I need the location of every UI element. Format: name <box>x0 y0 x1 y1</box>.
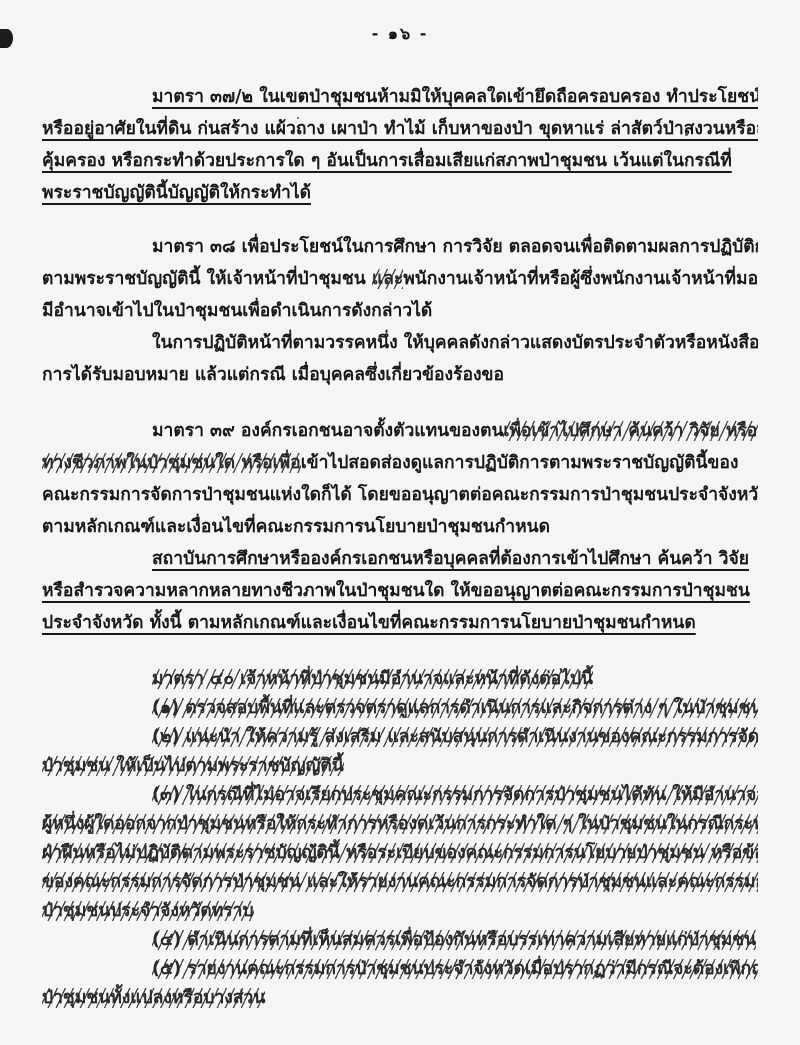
struck-text: ป่าชุมชนประจำจังหวัดทราบ <box>42 901 254 921</box>
text-segment: มีอำนาจเข้าไปในป่าชุมชนเพื่อดำเนินการดัง… <box>42 301 432 321</box>
section-matra-40-struck: มาตรา ๔๐ เจ้าหน้าที่ป่าชุมชนมีอำนาจและหน… <box>42 665 758 1013</box>
scan-speck <box>727 585 730 589</box>
struck-text: ป่าชุมชนทั้งแปลงหรือบางส่วน <box>42 988 265 1008</box>
text-segment: พนักงานเจ้าหน้าที่หรือผู้ซึ่งพนักงานเจ้า… <box>403 269 758 289</box>
text-segment: มาตรา ๓๙ องค์กรเอกชนอาจตั้งตัวแทนของตน <box>152 421 503 441</box>
struck-text: เพื่อเข้าไปศึกษา ค้นคว้า วิจัย หรือสำรวจ <box>503 421 758 441</box>
text-line: มาตรา ๔๐ เจ้าหน้าที่ป่าชุมชนมีอำนาจและหน… <box>42 665 758 694</box>
text-line: ในการปฏิบัติหน้าที่ตามวรรคหนึ่ง ให้บุคคล… <box>42 327 758 359</box>
struck-text: (๔) ดำเนินการตามที่เห็นสมควรเพื่อป้องกัน… <box>152 930 756 950</box>
underlined-text: มาตรา ๓๗/๒ ในเขตป่าชุมชนห้ามมิให้บุคคลใด… <box>152 87 758 107</box>
underlined-text: หรืออยู่อาศัยในที่ดิน ก่นสร้าง แผ้วถาง เ… <box>42 119 758 139</box>
text-segment: เข้าไปสอดส่องดูแลการปฏิบัติการตามพระราชบ… <box>301 453 739 473</box>
underlined-text: ประจำจังหวัด ทั้งนี้ ตามหลักเกณฑ์และเงื่… <box>42 613 696 633</box>
document-body: มาตรา ๓๗/๒ ในเขตป่าชุมชนห้ามมิให้บุคคลใด… <box>0 81 800 1013</box>
text-line: ตามหลักเกณฑ์และเงื่อนไขที่คณะกรรมการนโยบ… <box>42 511 758 543</box>
section-matra-39: มาตรา ๓๙ องค์กรเอกชนอาจตั้งตัวแทนของตนเพ… <box>42 415 758 543</box>
text-line: มาตรา ๓๙ องค์กรเอกชนอาจตั้งตัวแทนของตนเพ… <box>42 415 758 447</box>
text-line: มีอำนาจเข้าไปในป่าชุมชนเพื่อดำเนินการดัง… <box>42 295 758 327</box>
scan-speck <box>297 117 299 119</box>
struck-text: ฝ่าฝืนหรือไม่ปฏิบัติตามพระราชบัญญัตินี้ … <box>42 843 758 863</box>
text-line: (๕) รายงานคณะกรรมการป่าชุมชนประจำจังหวัด… <box>42 955 758 984</box>
underlined-text: คุ้มครอง หรือกระทำด้วยประการใด ๆ อันเป็น… <box>42 151 732 171</box>
struck-text: ผู้หนึ่งผู้ใดออกจากป่าชุมชนหรือให้กระทำก… <box>42 814 758 834</box>
text-line: ตามพระราชบัญญัตินี้ ให้เจ้าหน้าที่ป่าชุม… <box>42 263 758 295</box>
text-line: ประจำจังหวัด ทั้งนี้ ตามหลักเกณฑ์และเงื่… <box>42 607 758 639</box>
text-line: (๓) ในกรณีที่ไม่อาจเรียกประชุมคณะกรรมการ… <box>42 781 758 810</box>
text-line: (๒) แนะนำ ให้ความรู้ ส่งเสริม และสนับสนุ… <box>42 723 758 752</box>
struck-text: ทางชีวภาพในป่าชุมชนใด หรือเพื่อ <box>42 453 301 473</box>
text-line: หรืออยู่อาศัยในที่ดิน ก่นสร้าง แผ้วถาง เ… <box>42 113 758 145</box>
struck-text: (๑) ตรวจสอบพื้นที่และตรวจตราดูแลการดำเนิ… <box>152 698 758 718</box>
struck-text: (๒) แนะนำ ให้ความรู้ ส่งเสริม และสนับสนุ… <box>152 727 758 747</box>
text-line: การได้รับมอบหมาย แล้วแต่กรณี เมื่อบุคคลซ… <box>42 359 758 391</box>
text-line: ป่าชุมชนประจำจังหวัดทราบ <box>42 897 758 926</box>
struck-text: (๕) รายงานคณะกรรมการป่าชุมชนประจำจังหวัด… <box>152 959 758 979</box>
section-matra-37-2: มาตรา ๓๗/๒ ในเขตป่าชุมชนห้ามมิให้บุคคลใด… <box>42 81 758 209</box>
text-segment: ตามพระราชบัญญัตินี้ ให้เจ้าหน้าที่ป่าชุม… <box>42 269 372 289</box>
text-segment: คณะกรรมการจัดการป่าชุมชนแห่งใดก็ได้ โดยข… <box>42 485 758 505</box>
text-line: พระราชบัญญัตินี้บัญญัติให้กระทำได้ <box>42 177 758 209</box>
text-line: หรือสำรวจความหลากหลายทางชีวภาพในป่าชุมชน… <box>42 575 758 607</box>
text-line: (๔) ดำเนินการตามที่เห็นสมควรเพื่อป้องกัน… <box>42 926 758 955</box>
text-line: คณะกรรมการจัดการป่าชุมชนแห่งใดก็ได้ โดยข… <box>42 479 758 511</box>
scanned-document-page: - ๑๖ - มาตรา ๓๗/๒ ในเขตป่าชุมชนห้ามมิให้… <box>0 0 800 1045</box>
section-matra-39-vara-2: สถาบันการศึกษาหรือองค์กรเอกชนหรือบุคคลที… <box>42 543 758 639</box>
underlined-text: หรือสำรวจความหลากหลายทางชีวภาพในป่าชุมชน… <box>42 581 750 601</box>
struck-text: มาตรา ๔๐ เจ้าหน้าที่ป่าชุมชนมีอำนาจและหน… <box>152 669 593 689</box>
struck-text: ของคณะกรรมการจัดการป่าชุมชน และให้รายงาน… <box>42 872 758 892</box>
page-number: - ๑๖ - <box>0 0 800 47</box>
text-line: ทางชีวภาพในป่าชุมชนใด หรือเพื่อเข้าไปสอด… <box>42 447 758 479</box>
text-line: ป่าชุมชนทั้งแปลงหรือบางส่วน <box>42 984 758 1013</box>
struck-text: และ <box>372 269 403 289</box>
text-segment: ตามหลักเกณฑ์และเงื่อนไขที่คณะกรรมการนโยบ… <box>42 517 550 537</box>
text-segment: ในการปฏิบัติหน้าที่ตามวรรคหนึ่ง ให้บุคคล… <box>152 333 758 353</box>
scan-speck <box>685 133 688 136</box>
text-line: ของคณะกรรมการจัดการป่าชุมชน และให้รายงาน… <box>42 868 758 897</box>
text-line: มาตรา ๓๗/๒ ในเขตป่าชุมชนห้ามมิให้บุคคลใด… <box>42 81 758 113</box>
text-line: ฝ่าฝืนหรือไม่ปฏิบัติตามพระราชบัญญัตินี้ … <box>42 839 758 868</box>
text-segment: มาตรา ๓๘ เพื่อประโยชน์ในการศึกษา การวิจั… <box>152 237 758 257</box>
text-line: มาตรา ๓๘ เพื่อประโยชน์ในการศึกษา การวิจั… <box>42 231 758 263</box>
underlined-text: พระราชบัญญัตินี้บัญญัติให้กระทำได้ <box>42 183 311 203</box>
section-matra-38: มาตรา ๓๘ เพื่อประโยชน์ในการศึกษา การวิจั… <box>42 231 758 327</box>
underlined-text: สถาบันการศึกษาหรือองค์กรเอกชนหรือบุคคลที… <box>152 549 749 569</box>
text-line: ผู้หนึ่งผู้ใดออกจากป่าชุมชนหรือให้กระทำก… <box>42 810 758 839</box>
section-matra-38-vara-2: ในการปฏิบัติหน้าที่ตามวรรคหนึ่ง ให้บุคคล… <box>42 327 758 391</box>
text-line: ป่าชุมชน ให้เป็นไปตามพระราชบัญญัตินี้ <box>42 752 758 781</box>
text-segment: การได้รับมอบหมาย แล้วแต่กรณี เมื่อบุคคลซ… <box>42 365 504 385</box>
text-line: สถาบันการศึกษาหรือองค์กรเอกชนหรือบุคคลที… <box>42 543 758 575</box>
struck-text: ป่าชุมชน ให้เป็นไปตามพระราชบัญญัตินี้ <box>42 756 344 776</box>
text-line: (๑) ตรวจสอบพื้นที่และตรวจตราดูแลการดำเนิ… <box>42 694 758 723</box>
text-line: คุ้มครอง หรือกระทำด้วยประการใด ๆ อันเป็น… <box>42 145 758 177</box>
struck-text: (๓) ในกรณีที่ไม่อาจเรียกประชุมคณะกรรมการ… <box>152 785 758 805</box>
